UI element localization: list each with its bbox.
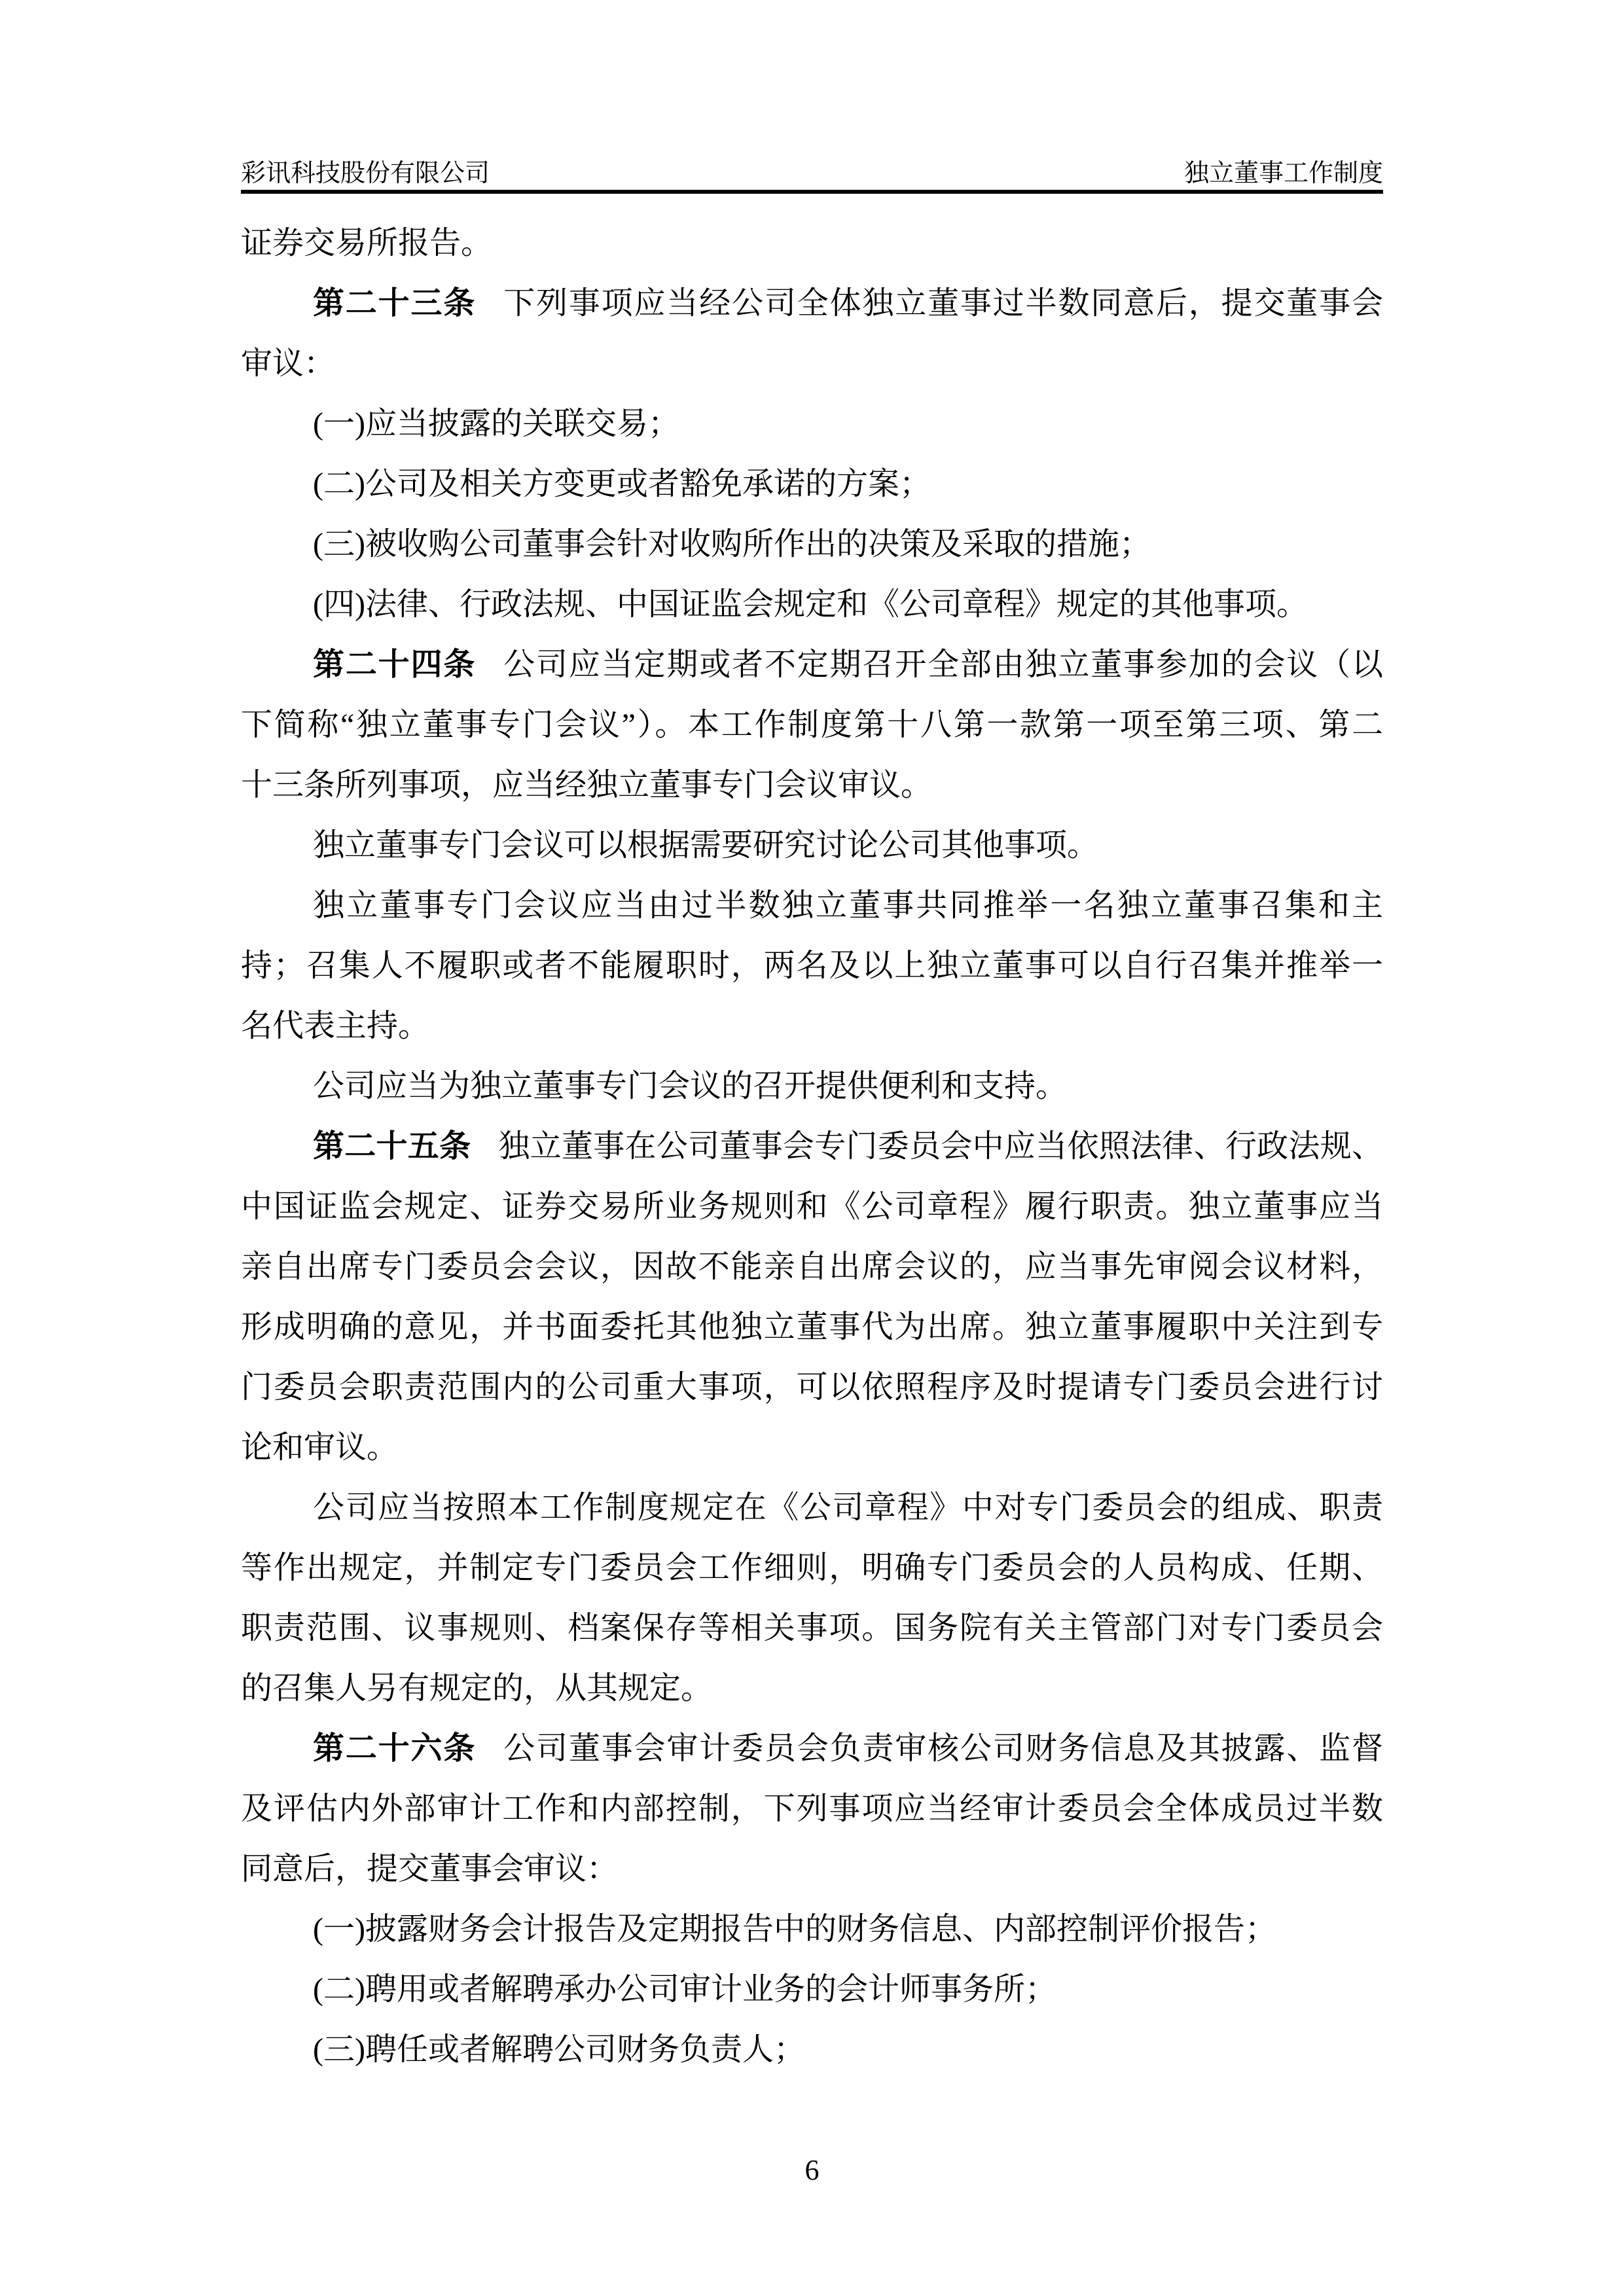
text-line: (三)被收购公司董事会针对收购所作出的决策及采取的措施； <box>241 514 1383 575</box>
text-line: 及评估内外部审计工作和内部控制，下列事项应当经审计委员会全体成员过半数 <box>241 1779 1383 1839</box>
header-document-title: 独立董事工作制度 <box>1184 158 1383 188</box>
text-line: 门委员会职责范围内的公司重大事项，可以依照程序及时提请专门委员会进行讨 <box>241 1357 1383 1418</box>
text-line: 中国证监会规定、证券交易所业务规则和《公司章程》履行职责。独立董事应当 <box>241 1177 1383 1237</box>
text-line: (二)公司及相关方变更或者豁免承诺的方案； <box>241 454 1383 514</box>
document-body: 证券交易所报告。 第二十三条下列事项应当经公司全体独立董事过半数同意后，提交董事… <box>241 213 1383 2080</box>
text-line: 第二十四条公司应当定期或者不定期召开全部由独立董事参加的会议（以 <box>241 635 1383 695</box>
text-line: 持；召集人不履职或者不能履职时，两名及以上独立董事可以自行召集并推举一 <box>241 936 1383 996</box>
text-line: 公司应当为独立董事专门会议的召开提供便利和支持。 <box>241 1056 1383 1117</box>
text-line: (一)应当披露的关联交易； <box>241 394 1383 454</box>
text-line: 第二十六条公司董事会审计委员会负责审核公司财务信息及其披露、监督 <box>241 1719 1383 1779</box>
text-line: (一)披露财务会计报告及定期报告中的财务信息、内部控制评价报告； <box>241 1899 1383 1960</box>
text-line: 第二十五条独立董事在公司董事会专门委员会中应当依照法律、行政法规、 <box>241 1117 1383 1177</box>
page-header: 彩讯科技股份有限公司 独立董事工作制度 <box>241 158 1383 188</box>
article-number: 第二十五条 <box>313 1129 471 1164</box>
text-line: 名代表主持。 <box>241 996 1383 1056</box>
article-number: 第二十四条 <box>313 647 476 682</box>
text-line: (四)法律、行政法规、中国证监会规定和《公司章程》规定的其他事项。 <box>241 575 1383 635</box>
text-line: (二)聘用或者解聘承办公司审计业务的会计师事务所； <box>241 1960 1383 2020</box>
text-line: 第二十三条下列事项应当经公司全体独立董事过半数同意后，提交董事会 <box>241 274 1383 334</box>
text-line: 等作出规定，并制定专门委员会工作细则，明确专门委员会的人员构成、任期、 <box>241 1538 1383 1598</box>
text-line: 亲自出席专门委员会会议，因故不能亲自出席会议的，应当事先审阅会议材料， <box>241 1237 1383 1297</box>
text-line: 论和审议。 <box>241 1418 1383 1478</box>
header-divider <box>241 190 1383 194</box>
header-company-name: 彩讯科技股份有限公司 <box>241 158 490 188</box>
article-number: 第二十六条 <box>313 1731 476 1766</box>
document-page: 彩讯科技股份有限公司 独立董事工作制度 证券交易所报告。 第二十三条下列事项应当… <box>0 0 1624 2296</box>
text-line: 公司应当按照本工作制度规定在《公司章程》中对专门委员会的组成、职责 <box>241 1478 1383 1538</box>
text-line: 形成明确的意见，并书面委托其他独立董事代为出席。独立董事履职中关注到专 <box>241 1297 1383 1357</box>
text-line: 独立董事专门会议可以根据需要研究讨论公司其他事项。 <box>241 816 1383 876</box>
text-line: 证券交易所报告。 <box>241 213 1383 274</box>
text-line: 职责范围、议事规则、档案保存等相关事项。国务院有关主管部门对专门委员会 <box>241 1598 1383 1659</box>
text-line: 审议： <box>241 334 1383 394</box>
text-line: 同意后，提交董事会审议： <box>241 1839 1383 1899</box>
page-footer: 6 <box>0 2153 1624 2187</box>
text-line: 的召集人另有规定的，从其规定。 <box>241 1659 1383 1719</box>
text-line: (三)聘任或者解聘公司财务负责人； <box>241 2020 1383 2080</box>
text-line: 十三条所列事项，应当经独立董事专门会议审议。 <box>241 755 1383 816</box>
page-number: 6 <box>805 2154 820 2186</box>
article-number: 第二十三条 <box>313 286 476 321</box>
text-line: 独立董事专门会议应当由过半数独立董事共同推举一名独立董事召集和主 <box>241 876 1383 936</box>
text-line: 下简称“独立董事专门会议”）。本工作制度第十八第一款第一项至第三项、第二 <box>241 695 1383 755</box>
